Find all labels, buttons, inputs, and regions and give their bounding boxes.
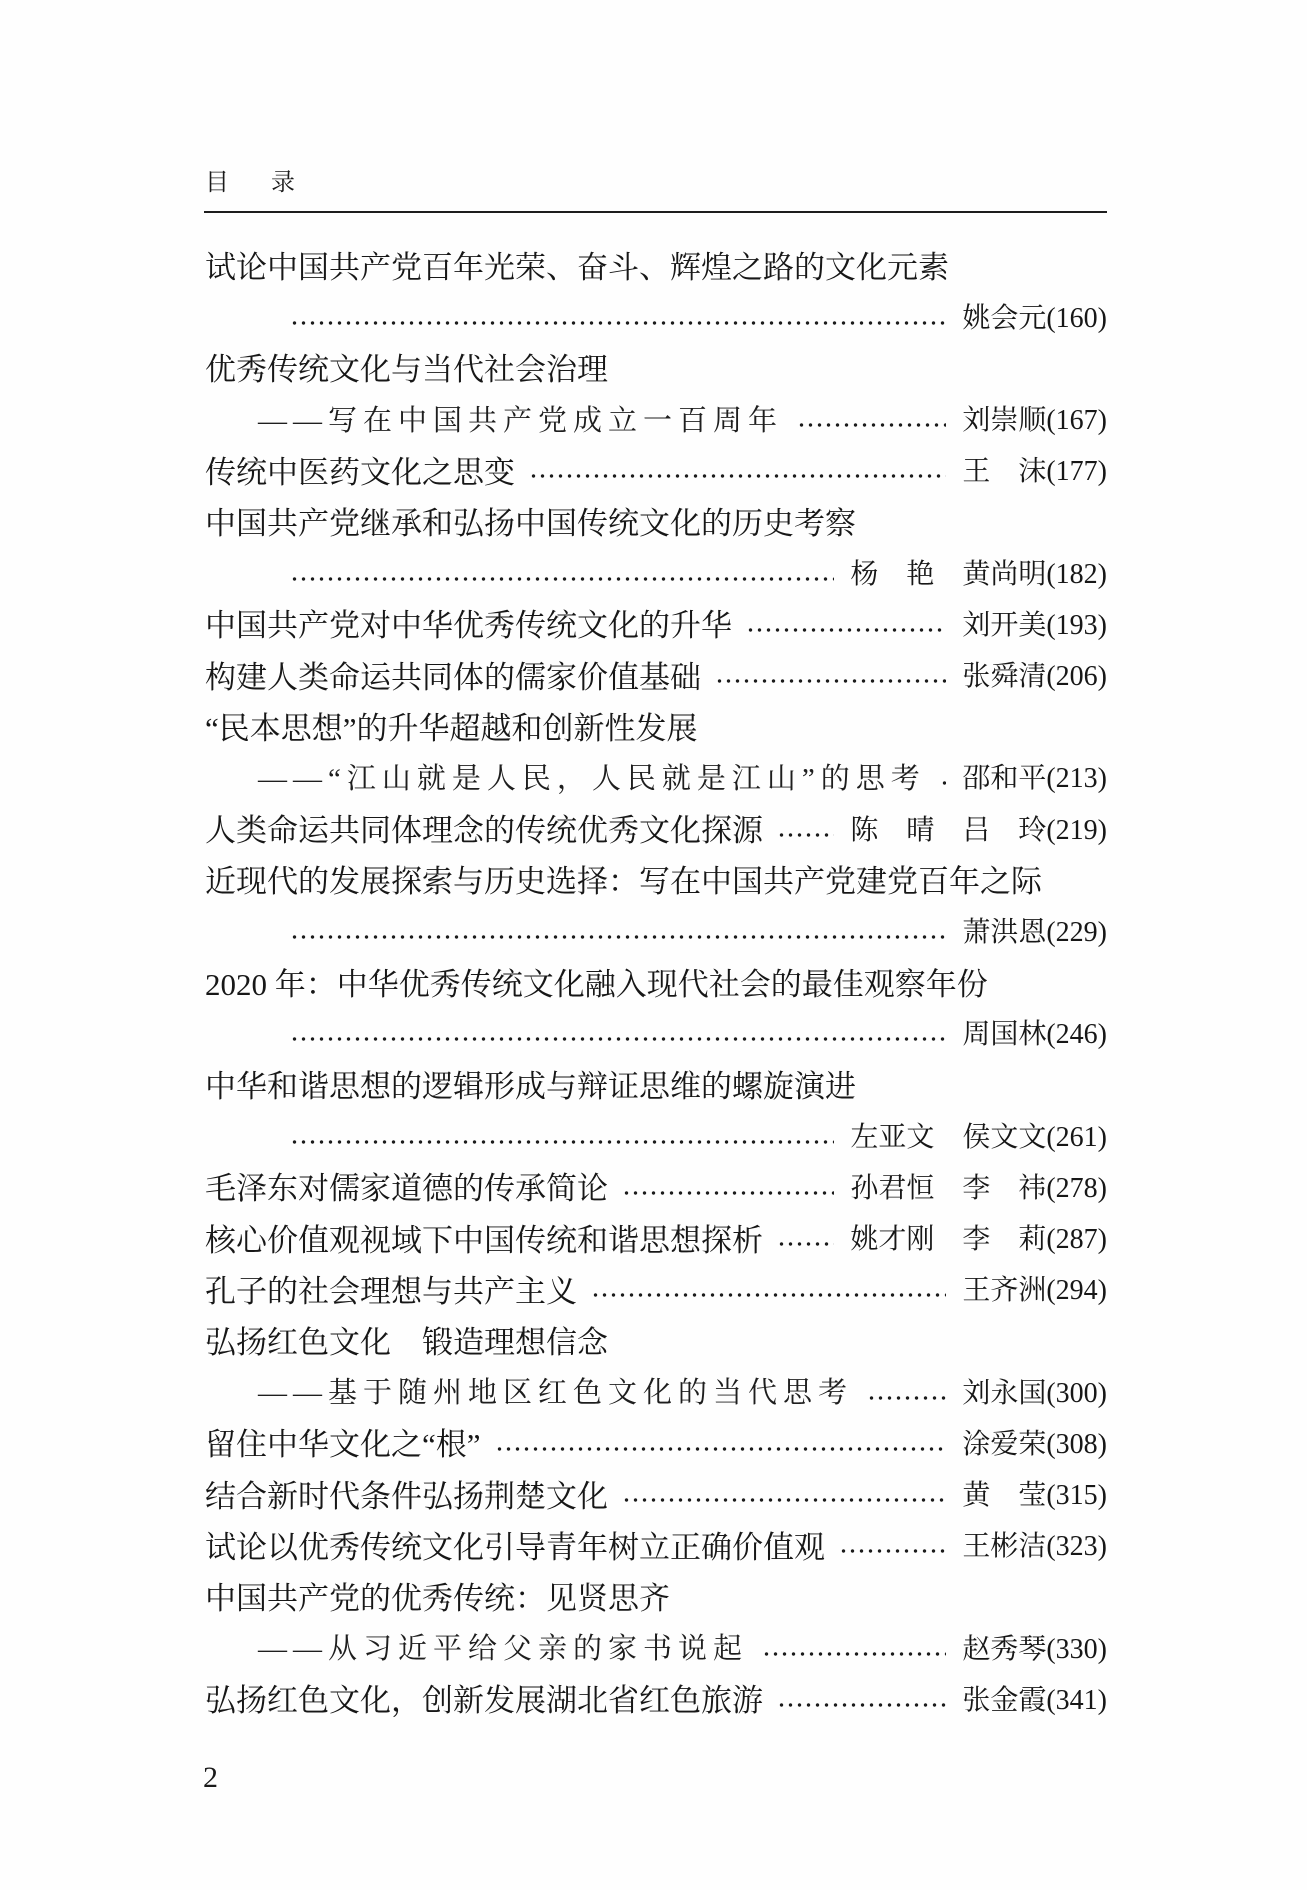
toc-line: 左亚文 侯文文(261) bbox=[205, 1112, 1107, 1163]
toc-entry-title: 中国共产党的优秀传统：见贤思齐 bbox=[205, 1583, 670, 1614]
author-page-ref: 张舜清(206) bbox=[962, 663, 1107, 691]
toc-line: 中国共产党的优秀传统：见贤思齐 bbox=[205, 1573, 1107, 1624]
toc-line: 2020 年：中华优秀传统文化融入现代社会的最佳观察年份 bbox=[205, 959, 1107, 1010]
dot-leader bbox=[622, 1497, 946, 1503]
toc-line: ——“江山就是人民，人民就是江山”的思考邵和平(213) bbox=[205, 754, 1107, 805]
toc-entry-title: 核心价值观视域下中国传统和谐思想探析 bbox=[205, 1225, 763, 1256]
dot-leader bbox=[529, 473, 946, 479]
toc-entry-subtitle: ——从习近平给父亲的家书说起 bbox=[258, 1635, 748, 1664]
running-header: 目 录 bbox=[205, 162, 304, 197]
author-page-ref: 张金霞(341) bbox=[962, 1687, 1107, 1715]
author-page-ref: 刘崇顺(167) bbox=[962, 407, 1107, 435]
dot-leader bbox=[715, 678, 946, 684]
author-page-ref: 周国林(246) bbox=[962, 1021, 1107, 1049]
toc-line: 核心价值观视域下中国传统和谐思想探析姚才刚 李 莉(287) bbox=[205, 1215, 1107, 1266]
toc-line: 人类命运共同体理念的传统优秀文化探源陈 晴 吕 玲(219) bbox=[205, 805, 1107, 856]
dot-leader bbox=[746, 627, 946, 633]
dot-leader bbox=[290, 576, 834, 582]
toc-entry-title: 弘扬红色文化，创新发展湖北省红色旅游 bbox=[205, 1685, 763, 1716]
dot-leader bbox=[867, 1395, 946, 1401]
author-page-ref: 王齐洲(294) bbox=[962, 1277, 1107, 1305]
dot-leader bbox=[622, 1190, 834, 1196]
dot-leader bbox=[591, 1292, 946, 1298]
toc-entry-subtitle: ——“江山就是人民，人民就是江山”的思考 bbox=[258, 765, 926, 794]
toc-line: 结合新时代条件弘扬荆楚文化黄 莹(315) bbox=[205, 1471, 1107, 1522]
toc-line: 中国共产党对中华优秀传统文化的升华刘开美(193) bbox=[205, 600, 1107, 651]
toc-entry-subtitle: ——写在中国共产党成立一百周年 bbox=[258, 407, 783, 436]
toc-entry-title: 近现代的发展探索与历史选择：写在中国共产党建党百年之际 bbox=[205, 866, 1042, 897]
dot-leader bbox=[290, 1139, 834, 1145]
dot-leader bbox=[762, 1651, 946, 1657]
toc-entry-title: 孔子的社会理想与共产主义 bbox=[205, 1276, 577, 1307]
toc-line: 优秀传统文化与当代社会治理 bbox=[205, 344, 1107, 395]
dot-leader bbox=[777, 1241, 834, 1247]
toc-entry-title: 毛泽东对儒家道德的传承简论 bbox=[205, 1173, 608, 1204]
dot-leader bbox=[777, 832, 834, 838]
dot-leader bbox=[777, 1702, 946, 1708]
dot-leader bbox=[290, 320, 946, 326]
toc-line: 试论中国共产党百年光荣、奋斗、辉煌之路的文化元素 bbox=[205, 242, 1107, 293]
toc-entry-title: 中国共产党对中华优秀传统文化的升华 bbox=[205, 610, 732, 641]
toc-line: 留住中华文化之“根”涂爱荣(308) bbox=[205, 1419, 1107, 1470]
author-page-ref: 刘永国(300) bbox=[962, 1380, 1107, 1408]
toc-entry-title: 优秀传统文化与当代社会治理 bbox=[205, 354, 608, 385]
toc-entry-title: 结合新时代条件弘扬荆楚文化 bbox=[205, 1481, 608, 1512]
author-page-ref: 左亚文 侯文文(261) bbox=[850, 1124, 1107, 1152]
toc-line: 中华和谐思想的逻辑形成与辩证思维的螺旋演进 bbox=[205, 1061, 1107, 1112]
author-page-ref: 杨 艳 黄尚明(182) bbox=[850, 561, 1107, 589]
toc-line: 姚会元(160) bbox=[205, 293, 1107, 344]
toc-entry-title: 试论以优秀传统文化引导青年树立正确价值观 bbox=[205, 1532, 825, 1563]
toc-line: 周国林(246) bbox=[205, 1010, 1107, 1061]
toc-entry-title: 中华和谐思想的逻辑形成与辩证思维的螺旋演进 bbox=[205, 1071, 856, 1102]
author-page-ref: 邵和平(213) bbox=[962, 765, 1107, 793]
toc-line: 近现代的发展探索与历史选择：写在中国共产党建党百年之际 bbox=[205, 856, 1107, 907]
toc-entry-title: 试论中国共产党百年光荣、奋斗、辉煌之路的文化元素 bbox=[205, 252, 949, 283]
toc-line: 中国共产党继承和弘扬中国传统文化的历史考察 bbox=[205, 498, 1107, 549]
author-page-ref: 王彬洁(323) bbox=[962, 1533, 1107, 1561]
toc-entry-title: 构建人类命运共同体的儒家价值基础 bbox=[205, 662, 701, 693]
toc-line: 弘扬红色文化，创新发展湖北省红色旅游张金霞(341) bbox=[205, 1675, 1107, 1726]
dot-leader bbox=[797, 422, 946, 428]
toc-line: 萧洪恩(229) bbox=[205, 907, 1107, 958]
toc-line: “民本思想”的升华超越和创新性发展 bbox=[205, 703, 1107, 754]
author-page-ref: 姚会元(160) bbox=[962, 305, 1107, 333]
toc-entry-subtitle: ——基于随州地区红色文化的当代思考 bbox=[258, 1379, 853, 1408]
header-rule bbox=[204, 211, 1107, 213]
toc-line: 弘扬红色文化 锻造理想信念 bbox=[205, 1317, 1107, 1368]
toc-entry-title: 人类命运共同体理念的传统优秀文化探源 bbox=[205, 815, 763, 846]
toc-line: 孔子的社会理想与共产主义王齐洲(294) bbox=[205, 1266, 1107, 1317]
author-page-ref: 陈 晴 吕 玲(219) bbox=[850, 817, 1107, 845]
author-page-ref: 萧洪恩(229) bbox=[962, 919, 1107, 947]
author-page-ref: 刘开美(193) bbox=[962, 612, 1107, 640]
author-page-ref: 姚才刚 李 莉(287) bbox=[850, 1226, 1107, 1254]
dot-leader bbox=[290, 934, 946, 940]
toc-line: 试论以优秀传统文化引导青年树立正确价值观王彬洁(323) bbox=[205, 1522, 1107, 1573]
author-page-ref: 赵秀琴(330) bbox=[962, 1636, 1107, 1664]
author-page-ref: 孙君恒 李 祎(278) bbox=[850, 1175, 1107, 1203]
toc-line: 毛泽东对儒家道德的传承简论孙君恒 李 祎(278) bbox=[205, 1163, 1107, 1214]
toc-entry-title: 中国共产党继承和弘扬中国传统文化的历史考察 bbox=[205, 508, 856, 539]
dot-leader bbox=[839, 1548, 946, 1554]
toc-entry-title: 弘扬红色文化 锻造理想信念 bbox=[205, 1327, 608, 1358]
toc-line: ——写在中国共产党成立一百周年刘崇顺(167) bbox=[205, 396, 1107, 447]
toc-entry-title: 2020 年：中华优秀传统文化融入现代社会的最佳观察年份 bbox=[205, 969, 988, 1000]
toc-line: ——从习近平给父亲的家书说起赵秀琴(330) bbox=[205, 1624, 1107, 1675]
page-number: 2 bbox=[203, 1761, 218, 1795]
dot-leader bbox=[940, 780, 947, 786]
author-page-ref: 涂爱荣(308) bbox=[962, 1431, 1107, 1459]
toc-line: 构建人类命运共同体的儒家价值基础张舜清(206) bbox=[205, 652, 1107, 703]
toc-line: 杨 艳 黄尚明(182) bbox=[205, 549, 1107, 600]
author-page-ref: 王 沫(177) bbox=[962, 458, 1107, 486]
toc-line: 传统中医药文化之思变王 沫(177) bbox=[205, 447, 1107, 498]
toc-page: 目 录 试论中国共产党百年光荣、奋斗、辉煌之路的文化元素姚会元(160)优秀传统… bbox=[0, 0, 1307, 1890]
dot-leader bbox=[290, 1036, 946, 1042]
author-page-ref: 黄 莹(315) bbox=[962, 1482, 1107, 1510]
toc-entry-title: 留住中华文化之“根” bbox=[205, 1429, 481, 1460]
toc-list: 试论中国共产党百年光荣、奋斗、辉煌之路的文化元素姚会元(160)优秀传统文化与当… bbox=[205, 242, 1107, 1726]
dot-leader bbox=[495, 1446, 947, 1452]
toc-entry-title: “民本思想”的升华超越和创新性发展 bbox=[205, 713, 698, 744]
toc-line: ——基于随州地区红色文化的当代思考刘永国(300) bbox=[205, 1368, 1107, 1419]
toc-entry-title: 传统中医药文化之思变 bbox=[205, 457, 515, 488]
